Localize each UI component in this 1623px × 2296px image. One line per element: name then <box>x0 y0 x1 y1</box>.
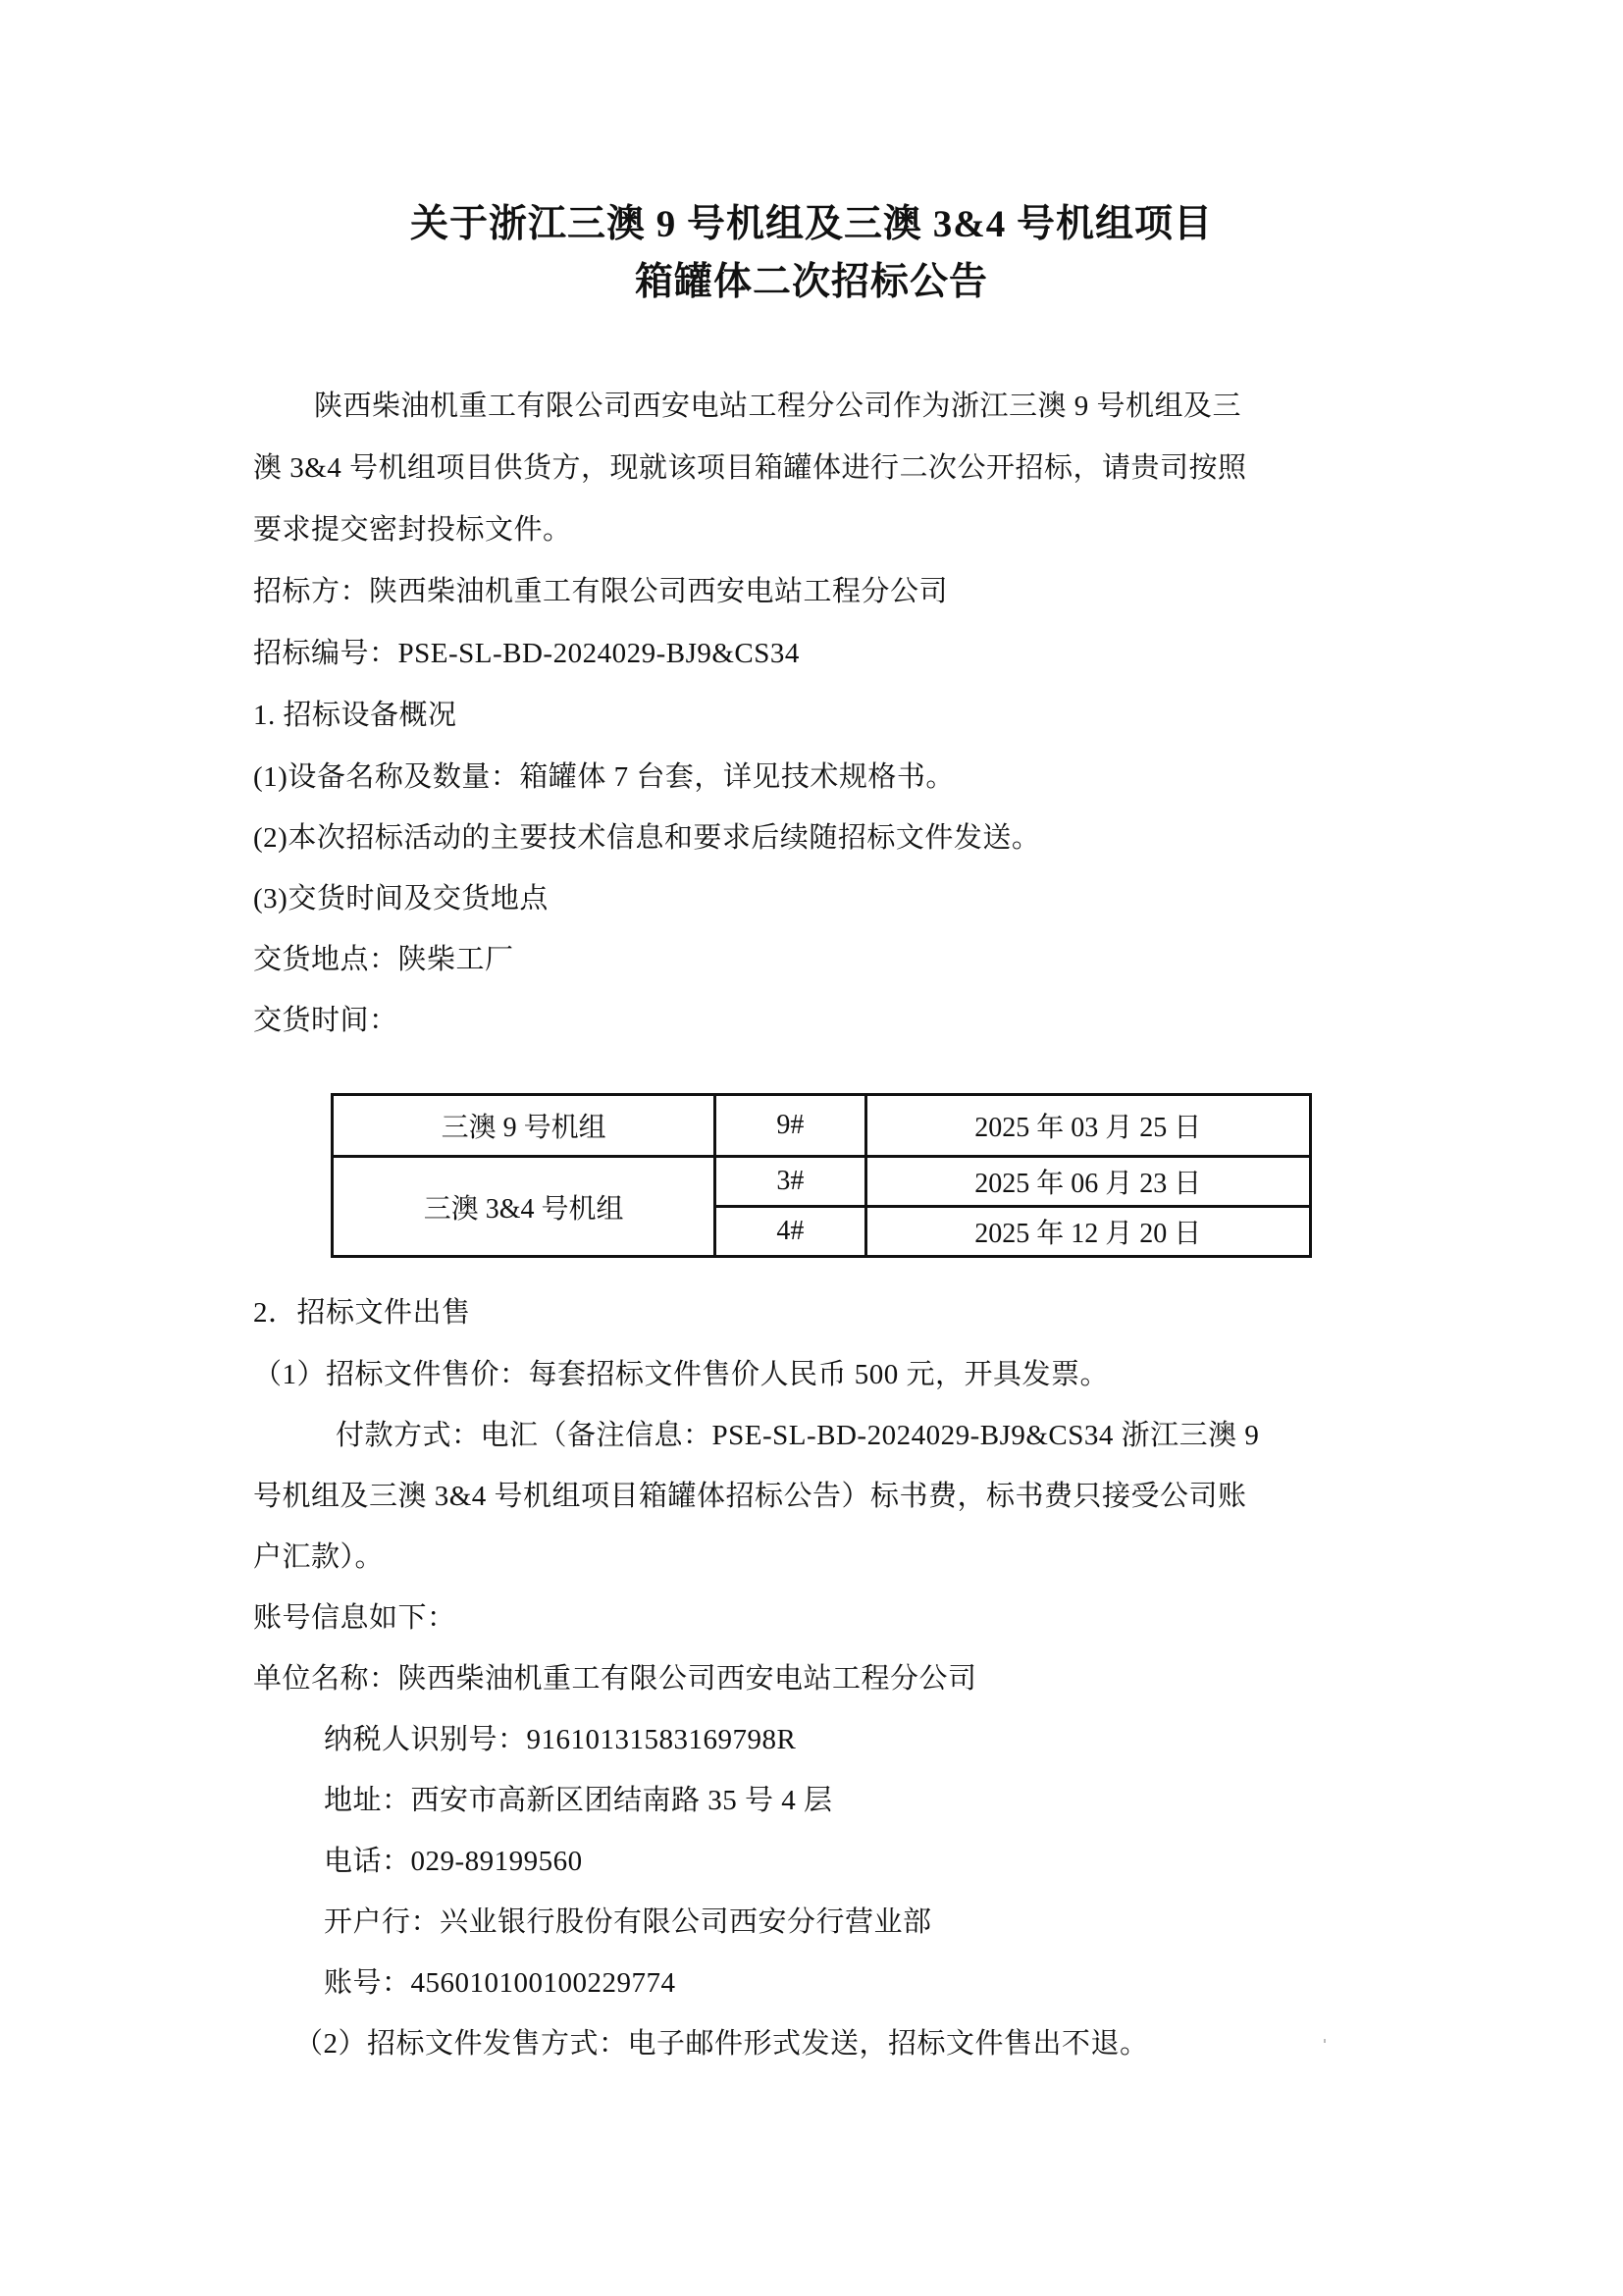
delivery-place: 交货地点：陕柴工厂 <box>253 940 514 979</box>
tenderer: 招标方：陕西柴油机重工有限公司西安电站工程分公司 <box>253 572 948 611</box>
delivery-date-cell: 2025 年 06 月 23 日 <box>865 1157 1310 1207</box>
delivery-date-cell: 2025 年 12 月 20 日 <box>865 1207 1310 1257</box>
unit-cell: 三澳 9 号机组 <box>333 1095 715 1157</box>
delivery-date-cell: 2025 年 03 月 25 日 <box>865 1095 1310 1157</box>
taxpayer-id: 纳税人识别号：91610131583169798R <box>324 1720 796 1759</box>
unit-cell: 三澳 3&4 号机组 <box>333 1157 715 1257</box>
address: 地址：西安市高新区团结南路 35 号 4 层 <box>324 1781 833 1820</box>
section-1-heading: 1. 招标设备概况 <box>253 696 457 735</box>
table-row: 三澳 3&4 号机组 3# 2025 年 06 月 23 日 <box>333 1157 1311 1207</box>
payment-method-line-1: 付款方式：电汇（备注信息：PSE-SL-BD-2024029-BJ9&CS34 … <box>336 1416 1259 1455</box>
section-1-item-3: (3)交货时间及交货地点 <box>253 879 549 918</box>
section-2-item-1: （1）招标文件售价：每套招标文件售价人民币 500 元，开具发票。 <box>253 1355 1109 1394</box>
unit-number-cell: 3# <box>715 1157 865 1207</box>
delivery-schedule-table: 三澳 9 号机组 9# 2025 年 03 月 25 日 三澳 3&4 号机组 … <box>331 1093 1312 1258</box>
unit-number-cell: 9# <box>715 1095 865 1157</box>
section-1-item-2: (2)本次招标活动的主要技术信息和要求后续随招标文件发送。 <box>253 818 1040 858</box>
intro-paragraph-line-3: 要求提交密封投标文件。 <box>253 510 572 549</box>
unit-number-cell: 4# <box>715 1207 865 1257</box>
document-title-line-1: 关于浙江三澳 9 号机组及三澳 3&4 号机组项目 <box>0 201 1623 248</box>
table-row: 三澳 9 号机组 9# 2025 年 03 月 25 日 <box>333 1095 1311 1157</box>
account-number: 账号：456010100100229774 <box>324 1963 676 2003</box>
phone: 电话：029-89199560 <box>324 1842 583 1881</box>
document-page: 关于浙江三澳 9 号机组及三澳 3&4 号机组项目 箱罐体二次招标公告 陕西柴油… <box>0 0 1623 2296</box>
payment-method-line-2: 号机组及三澳 3&4 号机组项目箱罐体招标公告）标书费，标书费只接受公司账 <box>253 1477 1247 1516</box>
intro-paragraph-line-1: 陕西柴油机重工有限公司西安电站工程分公司作为浙江三澳 9 号机组及三 <box>314 387 1241 426</box>
delivery-time-label: 交货时间： <box>253 1001 398 1040</box>
intro-paragraph-line-2: 澳 3&4 号机组项目供货方，现就该项目箱罐体进行二次公开招标，请贵司按照 <box>253 448 1247 488</box>
company-name: 单位名称：陕西柴油机重工有限公司西安电站工程分公司 <box>253 1659 977 1698</box>
scan-speck <box>1324 2039 1326 2043</box>
section-1-item-1: (1)设备名称及数量：箱罐体 7 台套，详见技术规格书。 <box>253 757 955 797</box>
payment-method-line-3: 户汇款）。 <box>253 1538 384 1577</box>
tender-number: 招标编号：PSE-SL-BD-2024029-BJ9&CS34 <box>253 634 800 673</box>
bank: 开户行：兴业银行股份有限公司西安分行营业部 <box>324 1903 932 1942</box>
section-2-heading: 2．招标文件出售 <box>253 1293 471 1332</box>
document-title-line-2: 箱罐体二次招标公告 <box>0 259 1623 306</box>
section-2-item-2: （2）招标文件发售方式：电子邮件形式发送，招标文件售出不退。 <box>294 2024 1149 2063</box>
account-info-label: 账号信息如下： <box>253 1598 456 1638</box>
